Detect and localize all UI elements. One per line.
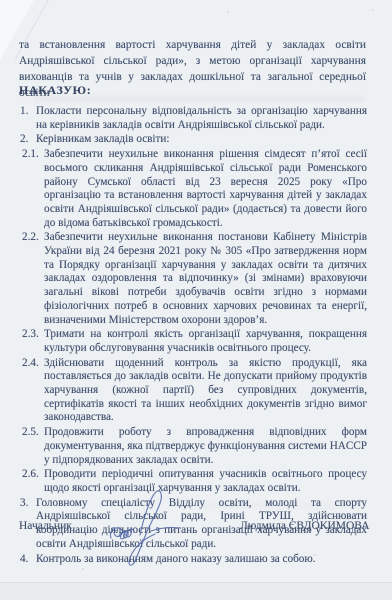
order-item-2: 2.Керівникам закладів освіти: xyxy=(19,133,367,147)
order-heading: НАКАЗУЮ: xyxy=(19,83,91,98)
signoff-title: Начальник xyxy=(19,520,72,532)
item-number: 3. xyxy=(20,497,28,511)
item-text: Тримати на контролі якість організації х… xyxy=(44,328,367,354)
item-number: 2.4. xyxy=(22,357,39,371)
order-item-2-4: 2.4.Здійснювати щоденний контроль за які… xyxy=(19,357,367,426)
item-number: 2.1. xyxy=(22,148,39,162)
item-number: 4. xyxy=(20,553,28,567)
item-text: Здійснювати щоденний контроль за якістю … xyxy=(44,357,367,424)
item-number: 1. xyxy=(20,105,28,119)
item-text: Забезпечити неухильне виконання рішення … xyxy=(44,148,367,229)
scan-background-strip xyxy=(0,583,392,600)
signoff-name: Людмила ЄВДОКИМОВА xyxy=(240,520,370,532)
scan-speck xyxy=(372,9,374,11)
scan-speck xyxy=(130,564,132,566)
item-number: 2.5. xyxy=(22,426,39,440)
item-number: 2. xyxy=(20,133,28,147)
item-number: 2.6. xyxy=(22,468,39,482)
order-item-2-1: 2.1.Забезпечити неухильне виконання ріше… xyxy=(19,148,367,230)
item-text: Проводити періодичні опитування учасникі… xyxy=(44,468,367,494)
item-text: Керівникам закладів освіти: xyxy=(36,133,170,145)
scan-speck xyxy=(313,554,316,556)
item-number: 2.2. xyxy=(22,231,39,245)
order-item-2-2: 2.2.Забезпечити неухильне виконання пост… xyxy=(19,231,367,327)
order-item-2-3: 2.3.Тримати на контролі якість організац… xyxy=(19,328,367,355)
scan-speck xyxy=(82,568,84,570)
order-item-1: 1.Покласти персональну відповідальність … xyxy=(19,105,367,132)
scan-speck xyxy=(227,11,229,13)
signature xyxy=(103,486,195,572)
item-text: Продовжити роботу з впровадження відпові… xyxy=(44,426,367,465)
item-number: 2.3. xyxy=(22,328,39,342)
item-text: Покласти персональну відповідальність за… xyxy=(36,105,367,131)
order-item-2-5: 2.5.Продовжити роботу з впровадження від… xyxy=(19,426,367,467)
scanned-order-page: та встановлення вартості харчування діте… xyxy=(0,0,392,600)
item-text: Забезпечити неухильне виконання постанов… xyxy=(44,231,367,325)
